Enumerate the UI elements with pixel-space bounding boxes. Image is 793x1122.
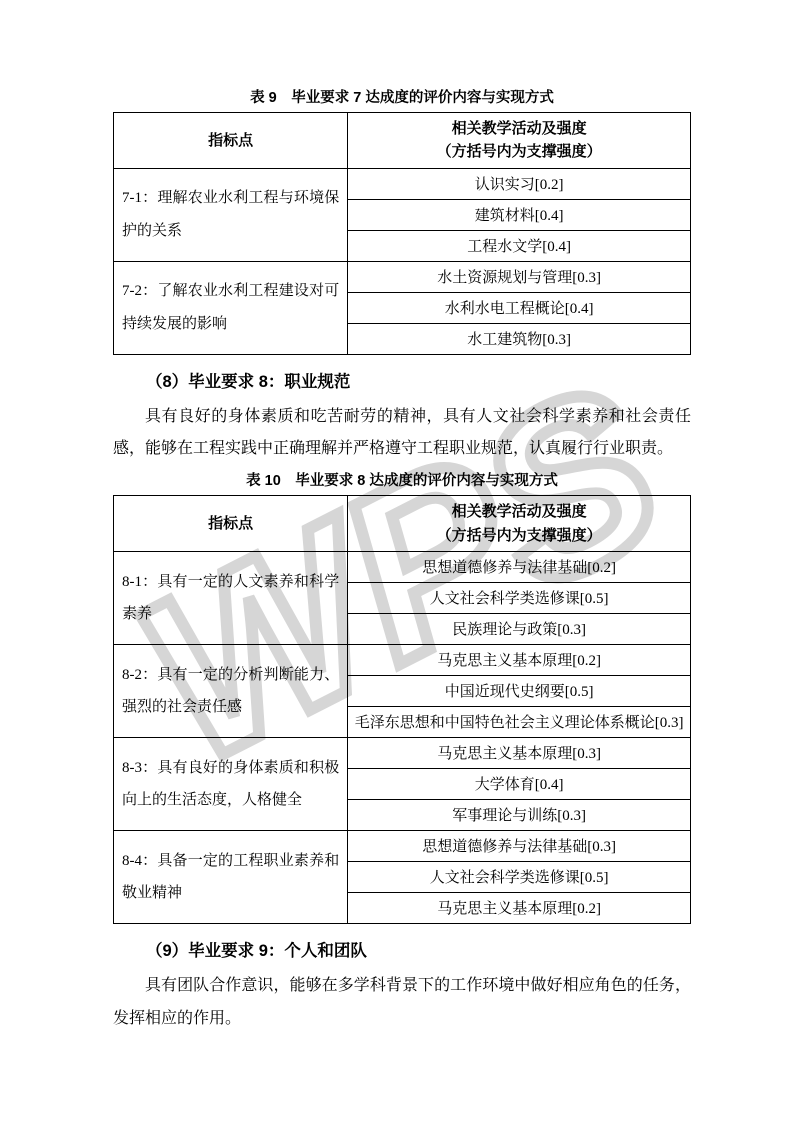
indicator-cell: 8-2：具有一定的分析判断能力、强烈的社会责任感: [114, 644, 348, 737]
indicator-cell: 8-4：具备一定的工程职业素养和敬业精神: [114, 830, 348, 923]
activity-cell: 认识实习[0.2]: [348, 168, 691, 199]
activities-header-line2: （方括号内为支撑强度）: [352, 524, 686, 547]
indicator-cell: 8-1：具有一定的人文素养和科学素养: [114, 551, 348, 644]
activities-header-line2: （方括号内为支撑强度）: [352, 140, 686, 163]
activity-cell: 人文社会科学类选修课[0.5]: [348, 582, 691, 613]
activity-cell: 思想道德修养与法律基础[0.2]: [348, 551, 691, 582]
table-row: 8-1：具有一定的人文素养和科学素养 思想道德修养与法律基础[0.2]: [114, 551, 691, 582]
graduation-req-7-table: 指标点 相关教学活动及强度 （方括号内为支撑强度） 7-1：理解农业水利工程与环…: [113, 112, 691, 355]
section9-paragraph: 具有团队合作意识，能够在多学科背景下的工作环境中做好相应角色的任务，发挥相应的作…: [113, 970, 691, 1036]
activity-cell: 马克思主义基本原理[0.2]: [348, 892, 691, 923]
activity-cell: 工程水文学[0.4]: [348, 230, 691, 261]
activity-cell: 水土资源规划与管理[0.3]: [348, 261, 691, 292]
indicator-cell: 8-3：具有良好的身体素质和积极向上的生活态度，人格健全: [114, 737, 348, 830]
activity-cell: 思想道德修养与法律基础[0.3]: [348, 830, 691, 861]
activity-cell: 中国近现代史纲要[0.5]: [348, 675, 691, 706]
activity-cell: 民族理论与政策[0.3]: [348, 613, 691, 644]
activity-cell: 大学体育[0.4]: [348, 768, 691, 799]
section9-heading: （9）毕业要求 9：个人和团队: [113, 937, 691, 961]
table-header-row: 指标点 相关教学活动及强度 （方括号内为支撑强度）: [114, 113, 691, 169]
document-page: 表 9 毕业要求 7 达成度的评价内容与实现方式 指标点 相关教学活动及强度 （…: [113, 86, 691, 1039]
activity-cell: 军事理论与训练[0.3]: [348, 799, 691, 830]
activities-column-header: 相关教学活动及强度 （方括号内为支撑强度）: [348, 113, 691, 169]
indicator-column-header: 指标点: [114, 113, 348, 169]
activity-cell: 马克思主义基本原理[0.2]: [348, 644, 691, 675]
table-row: 7-2：了解农业水利工程建设对可持续发展的影响 水土资源规划与管理[0.3]: [114, 261, 691, 292]
activities-header-line1: 相关教学活动及强度: [352, 500, 686, 523]
indicator-column-header: 指标点: [114, 496, 348, 552]
activity-cell: 人文社会科学类选修课[0.5]: [348, 861, 691, 892]
indicator-cell: 7-1：理解农业水利工程与环境保护的关系: [114, 168, 348, 261]
activity-cell: 建筑材料[0.4]: [348, 199, 691, 230]
table10-caption: 表 10 毕业要求 8 达成度的评价内容与实现方式: [113, 469, 691, 490]
activities-header-line1: 相关教学活动及强度: [352, 117, 686, 140]
activity-cell: 水工建筑物[0.3]: [348, 323, 691, 354]
activity-cell: 毛泽东思想和中国特色社会主义理论体系概论[0.3]: [348, 706, 691, 737]
table9-caption: 表 9 毕业要求 7 达成度的评价内容与实现方式: [113, 86, 691, 107]
activities-column-header: 相关教学活动及强度 （方括号内为支撑强度）: [348, 496, 691, 552]
activity-cell: 马克思主义基本原理[0.3]: [348, 737, 691, 768]
table-header-row: 指标点 相关教学活动及强度 （方括号内为支撑强度）: [114, 496, 691, 552]
section8-heading: （8）毕业要求 8：职业规范: [113, 368, 691, 392]
section8-paragraph: 具有良好的身体素质和吃苦耐劳的精神，具有人文社会科学素养和社会责任感，能够在工程…: [113, 401, 691, 467]
table-row: 8-3：具有良好的身体素质和积极向上的生活态度，人格健全 马克思主义基本原理[0…: [114, 737, 691, 768]
graduation-req-8-table: 指标点 相关教学活动及强度 （方括号内为支撑强度） 8-1：具有一定的人文素养和…: [113, 495, 691, 924]
indicator-cell: 7-2：了解农业水利工程建设对可持续发展的影响: [114, 261, 348, 354]
table-row: 8-4：具备一定的工程职业素养和敬业精神 思想道德修养与法律基础[0.3]: [114, 830, 691, 861]
table-row: 8-2：具有一定的分析判断能力、强烈的社会责任感 马克思主义基本原理[0.2]: [114, 644, 691, 675]
activity-cell: 水利水电工程概论[0.4]: [348, 292, 691, 323]
table-row: 7-1：理解农业水利工程与环境保护的关系 认识实习[0.2]: [114, 168, 691, 199]
